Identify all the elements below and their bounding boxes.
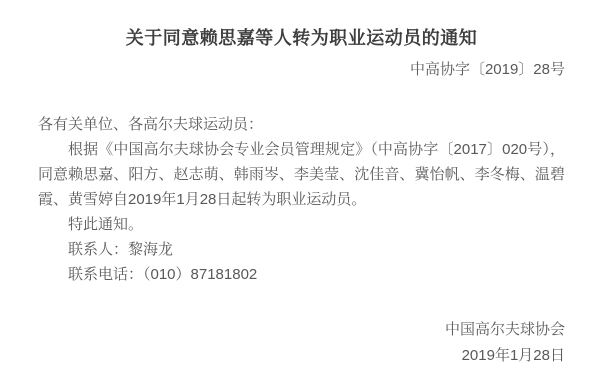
notice-document: 关于同意赖思嘉等人转为职业运动员的通知 中高协字〔2019〕28号 各有关单位、…	[0, 0, 592, 369]
signature-date: 2019年1月28日	[38, 343, 565, 369]
salutation-line: 各有关单位、各高尔夫球运动员：	[38, 112, 565, 137]
paragraph-line-1: 根据《中国高尔夫球协会专业会员管理规定》（中高协字〔2017〕020号），	[38, 137, 565, 162]
document-title: 关于同意赖思嘉等人转为职业运动员的通知	[38, 28, 565, 49]
contact-phone-line: 联系电话：（010）87181802	[38, 262, 565, 287]
contact-person-line: 联系人：黎海龙	[38, 237, 565, 262]
document-number: 中高协字〔2019〕28号	[38, 61, 565, 78]
signature-block: 中国高尔夫球协会 2019年1月28日	[38, 317, 565, 369]
paragraph-line-2: 同意赖思嘉、阳方、赵志萌、韩雨岑、李美莹、沈佳音、冀怡帆、李冬梅、温碧	[38, 162, 565, 187]
closing-line: 特此通知。	[38, 212, 565, 237]
document-body: 各有关单位、各高尔夫球运动员： 根据《中国高尔夫球协会专业会员管理规定》（中高协…	[38, 112, 565, 287]
paragraph-line-3: 霞、黄雪婷自2019年1月28日起转为职业运动员。	[38, 187, 565, 212]
signature-organization: 中国高尔夫球协会	[38, 317, 565, 343]
